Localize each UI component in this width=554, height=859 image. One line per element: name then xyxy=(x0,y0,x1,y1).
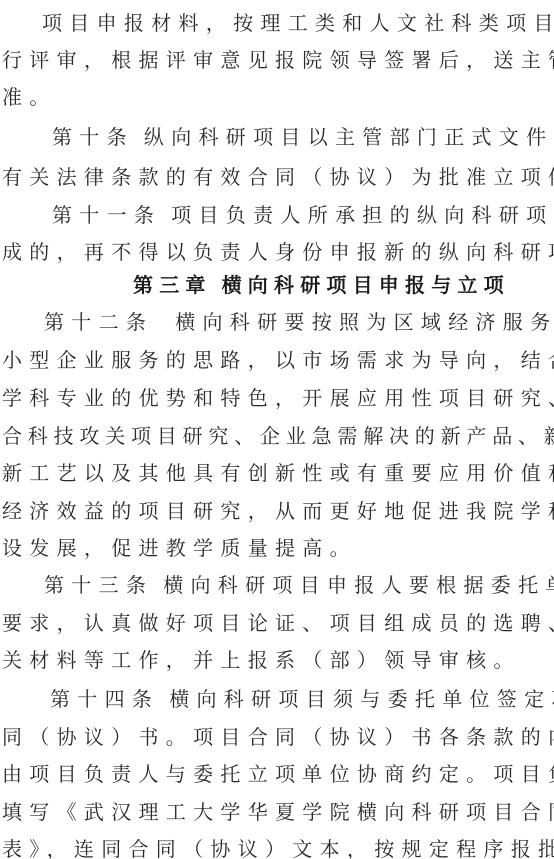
article-13-first-line: 第十三条横向科研项目申报人要根据委托单位的 xyxy=(44,570,554,600)
article-label: 第十二条 xyxy=(44,310,153,334)
article-text: 纵向科研项目以主管部门正式文件或符合 xyxy=(144,125,554,149)
paragraph-line: 成的，再不得以负责人身份申报新的纵向科研项目。 xyxy=(2,237,554,267)
article-text: 横向科研要按照为区域经济服务、为中 xyxy=(175,310,554,334)
paragraph-line: 新工艺以及其他具有创新性或有重要应用价值和社会 xyxy=(2,458,554,488)
paragraph-line: 小型企业服务的思路，以市场需求为导向，结合我院各 xyxy=(2,345,554,375)
paragraph-line: 准。 xyxy=(2,82,57,112)
paragraph-line: 学科专业的优势和特色，开展应用性项目研究、校企联 xyxy=(2,383,554,413)
article-text: 横向科研项目申报人要根据委托单位的 xyxy=(163,573,554,597)
article-14-first-line: 第十四条横向科研项目须与委托单位签定项目合 xyxy=(50,684,554,714)
document-page: 项目申报材料，按理工类和人文社科类项目分别进 行评审，根据评审意见报院领导签署后… xyxy=(0,0,554,859)
chapter-label: 第三章 xyxy=(133,273,212,297)
paragraph-line: 设发展，促进教学质量提高。 xyxy=(2,533,357,563)
article-label: 第十三条 xyxy=(44,573,153,597)
article-12-first-line: 第十二条横向科研要按照为区域经济服务、为中 xyxy=(44,307,554,337)
paragraph-line: 表》，连同合同（协议）文本，按规定程序报批。 xyxy=(2,834,554,859)
article-label: 第十一条 xyxy=(52,203,161,227)
paragraph-line: 有关法律条款的有效合同（协议）为批准立项依据。 xyxy=(2,162,554,192)
article-label: 第十四条 xyxy=(50,687,159,711)
article-11-first-line: 第十一条项目负责人所承担的纵向科研项目未完 xyxy=(52,200,554,230)
paragraph-line: 合科技攻关项目研究、企业急需解决的新产品、新技术、 xyxy=(2,421,554,451)
paragraph-line: 行评审，根据评审意见报院领导签署后，送主管部门批 xyxy=(2,45,554,75)
article-label: 第十条 xyxy=(52,125,134,149)
paragraph-line: 同（协议）书。项目合同（协议）书各条款的内容填写 xyxy=(2,722,554,752)
paragraph-line: 关材料等工作，并上报系（部）领导审核。 xyxy=(2,645,521,675)
article-text: 横向科研项目须与委托单位签定项目合 xyxy=(169,687,554,711)
paragraph-line: 项目申报材料，按理工类和人文社科类项目分别进 xyxy=(42,8,554,38)
paragraph-line: 由项目负责人与委托立项单位协商约定。项目负责人须 xyxy=(2,759,554,789)
paragraph-line: 要求，认真做好项目论证、项目组成员的选聘、提供有 xyxy=(2,608,554,638)
article-10-first-line: 第十条纵向科研项目以主管部门正式文件或符合 xyxy=(52,122,554,152)
article-text: 项目负责人所承担的纵向科研项目未完 xyxy=(171,203,554,227)
chapter-heading: 第三章横向科研项目申报与立项 xyxy=(133,270,510,300)
paragraph-line: 填写《武汉理工大学华夏学院横向科研项目合同审批 xyxy=(2,797,554,827)
chapter-title: 横向科研项目申报与立项 xyxy=(222,273,510,297)
paragraph-line: 经济效益的项目研究，从而更好地促进我院学科专业建 xyxy=(2,496,554,526)
